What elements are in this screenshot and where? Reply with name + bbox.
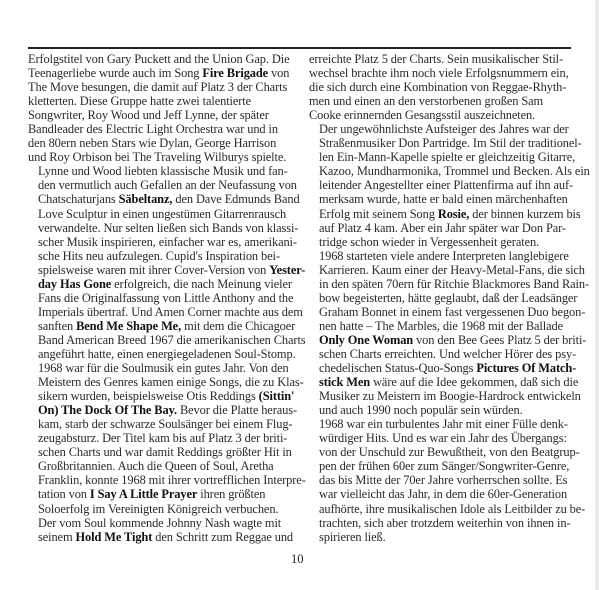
text-run: Karrieren. Kaum einer der Heavy-Metal-Fa… [319, 263, 585, 277]
text-run: sikern wurden, beispielsweise Otis Reddi… [38, 389, 259, 403]
text-line: trachten, sich aber trotzdem weiterhin v… [309, 516, 571, 530]
text-run: würdiger Hits. Und es war ein Jahr des Ü… [319, 431, 567, 445]
text-line: Graham Bonnet in einem fast vergessenen … [309, 305, 571, 319]
text-run: 1968 war ein turbulentes Jahr mit einer … [319, 417, 568, 431]
text-run: aufhörte, ihre musikalischen Idole als L… [319, 502, 585, 516]
text-run: 1968 war für die Soulmusik ein gutes Jah… [38, 361, 289, 375]
text-run: den Schritt zum Reggae und [152, 530, 293, 544]
text-run: Lynne und Wood liebten klassische Musik … [38, 164, 288, 178]
song-title: I Say A Little Prayer [90, 487, 197, 501]
text-run: seinem [38, 530, 76, 544]
text-line: tation von I Say A Little Prayer ihren g… [28, 487, 290, 501]
text-line: Love Sculptur in einen ungestümen Gitarr… [28, 207, 290, 221]
paragraph: erreichte Platz 5 der Charts. Sein musik… [309, 52, 571, 122]
text-line: leitender Angestellter einer Plattenfirm… [309, 178, 571, 192]
text-line: Musiker zu Meistern im Boogie-Hardrock e… [309, 389, 571, 403]
text-run: spielsweise waren mit ihrer Cover-Versio… [38, 263, 269, 277]
text-run: Großbritannien. Auch die Queen of Soul, … [38, 459, 274, 473]
song-title: Pictures Of Match- [476, 361, 576, 375]
text-line: Der vom Soul kommende Johnny Nash wagte … [28, 516, 290, 530]
text-run: wäre auf die Idee gekommen, daß sich die [370, 375, 578, 389]
text-run: men und einen an den verstorbenen großen… [309, 94, 543, 108]
text-run: Erfolgstitel von Gary Puckett and the Un… [28, 52, 289, 66]
text-line: Karrieren. Kaum einer der Heavy-Metal-Fa… [309, 263, 571, 277]
text-line: 1968 war für die Soulmusik ein gutes Jah… [28, 361, 290, 375]
paragraph: 1968 war für die Soulmusik ein gutes Jah… [28, 361, 290, 516]
text-run: Kazoo, Mundharmonika, Trommel und Becken… [319, 164, 590, 178]
text-run: bow begeisterten, hätte geglaubt, daß de… [319, 291, 577, 305]
text-run: Musiker zu Meistern im Boogie-Hardrock e… [319, 389, 581, 403]
text-run: und auch 1990 noch populär sein würden. [319, 403, 523, 417]
text-run: Soloerfolg im Vereinigten Königreich ver… [38, 502, 278, 516]
text-run: Der vom Soul kommende Johnny Nash wagte … [38, 516, 281, 530]
text-line: Bandleader des Electric Light Orchestra … [28, 122, 290, 136]
song-title: stick Men [319, 375, 370, 389]
text-run: Der ungewöhnlichste Aufsteiger des Jahre… [319, 122, 569, 136]
paragraph: Erfolgstitel von Gary Puckett and the Un… [28, 52, 290, 164]
text-line: und Roy Orbison bei The Traveling Wilbur… [28, 150, 290, 164]
text-line: Songwriter, Roy Wood und Jeff Lynne, der… [28, 108, 290, 122]
text-run: ihren größten [197, 487, 265, 501]
text-run: chedelischen Status-Quo-Songs [319, 361, 476, 375]
song-title: Rosie, [438, 207, 469, 221]
text-run: pen der frühen 60er zum Sänger/Songwrite… [319, 459, 569, 473]
text-line: die sich durch eine Kombination von Regg… [309, 80, 571, 94]
text-line: nen hatte – The Marbles, die 1968 mit de… [309, 319, 571, 333]
text-run: von [268, 66, 289, 80]
text-run: Erfolg mit seinem Song [319, 207, 438, 221]
song-title: On) The Dock Of The Bay. [38, 403, 177, 417]
text-run: leitender Angestellter einer Plattenfirm… [319, 178, 573, 192]
song-title: Yester- [269, 263, 305, 277]
text-run: und Roy Orbison bei The Traveling Wilbur… [28, 150, 286, 164]
text-run: tridge schon wieder in Vergessenheit ger… [319, 235, 539, 249]
left-column: Erfolgstitel von Gary Puckett and the Un… [28, 52, 290, 544]
text-run: erfolgreich, die nach Meinung vieler [111, 277, 292, 291]
text-run: Band American Breed 1967 die amerikanisc… [38, 333, 306, 347]
text-run: Meistern des Genres kamen einige Songs, … [38, 375, 304, 389]
text-line: Only One Woman von den Bee Gees Platz 5 … [309, 333, 571, 347]
text-run: Songwriter, Roy Wood und Jeff Lynne, der… [28, 108, 269, 122]
text-run: zeugabsturz. Der Titel kam bis auf Platz… [38, 431, 287, 445]
text-run: tation von [38, 487, 90, 501]
text-line: das bis Mitte der 70er Jahre vorherrsche… [309, 473, 571, 487]
text-line: Meistern des Genres kamen einige Songs, … [28, 375, 290, 389]
text-run: scher Musik inspirieren, einfacher war e… [38, 235, 297, 249]
text-run: kam, starb der schwarze Soulsänger bei e… [38, 417, 292, 431]
text-line: wechsel brachte ihm noch viele Erfolgsnu… [309, 66, 571, 80]
text-run: Fans die Originalfassung von Little Anth… [38, 291, 293, 305]
text-line: Imperials übertraf. Und Amen Corner mach… [28, 305, 290, 319]
text-line: kletterten. Diese Gruppe hatte zwei tale… [28, 94, 290, 108]
text-line: spielsweise waren mit ihrer Cover-Versio… [28, 263, 290, 277]
right-column: erreichte Platz 5 der Charts. Sein musik… [309, 52, 571, 544]
paragraph: Der vom Soul kommende Johnny Nash wagte … [28, 516, 290, 544]
text-line: zeugabsturz. Der Titel kam bis auf Platz… [28, 431, 290, 445]
text-run: sanften [38, 319, 76, 333]
song-title: Säbeltanz, [119, 192, 173, 206]
text-run: erreichte Platz 5 der Charts. Sein musik… [309, 52, 563, 66]
text-line: auf Platz 4 kam. Aber ein Jahr später wa… [309, 221, 571, 235]
text-run: kletterten. Diese Gruppe hatte zwei tale… [28, 94, 251, 108]
text-line: scher Musik inspirieren, einfacher war e… [28, 235, 290, 249]
text-run: war vielleicht das Jahr, in dem die 60er… [319, 487, 567, 501]
paragraph: Lynne und Wood liebten klassische Musik … [28, 164, 290, 361]
text-run: Chatschaturjans [38, 192, 119, 206]
text-run: Teenagerliebe wurde auch im Song [28, 66, 202, 80]
text-line: kam, starb der schwarze Soulsänger bei e… [28, 417, 290, 431]
text-run: von den Bee Gees Platz 5 der briti- [413, 333, 586, 347]
text-line: angeführt hatte, einen energiegeladenen … [28, 347, 290, 361]
text-run: angeführt hatte, einen energiegeladenen … [38, 347, 296, 361]
text-line: 1968 war ein turbulentes Jahr mit einer … [309, 417, 571, 431]
text-line: aufhörte, ihre musikalischen Idole als L… [309, 502, 571, 516]
paragraph: Der ungewöhnlichste Aufsteiger des Jahre… [309, 122, 571, 248]
paragraph: 1968 war ein turbulentes Jahr mit einer … [309, 417, 571, 543]
text-line: pen der frühen 60er zum Sänger/Songwrite… [309, 459, 571, 473]
text-line: sche Hits neu aufzulegen. Cupid's Inspir… [28, 249, 290, 263]
text-run: Graham Bonnet in einem fast vergessenen … [319, 305, 585, 319]
text-line: seinem Hold Me Tight den Schritt zum Reg… [28, 530, 290, 544]
song-title: (Sittin' [259, 389, 295, 403]
text-line: den 80ern neben Stars wie Dylan, George … [28, 136, 290, 150]
text-run: in den späten 70ern für Ritchie Blackmor… [319, 277, 589, 291]
text-run: den vermutlich auch Gefallen an der Neuf… [38, 178, 297, 192]
text-line: spirieren ließ. [309, 530, 571, 544]
page-edge [595, 0, 599, 590]
text-line: tridge schon wieder in Vergessenheit ger… [309, 235, 571, 249]
text-line: und auch 1990 noch populär sein würden. [309, 403, 571, 417]
text-line: Fans die Originalfassung von Little Anth… [28, 291, 290, 305]
text-line: day Has Gone erfolgreich, die nach Meinu… [28, 277, 290, 291]
text-line: würdiger Hits. Und es war ein Jahr des Ü… [309, 431, 571, 445]
text-run: Bevor die Platte heraus- [177, 403, 297, 417]
text-run: len Ein-Mann-Kapelle spielte er gleichze… [319, 150, 575, 164]
song-title: Hold Me Tight [76, 530, 153, 544]
paragraph: 1968 starteten viele andere Interpreten … [309, 249, 571, 418]
text-run: das bis Mitte der 70er Jahre vorherrsche… [319, 473, 567, 487]
song-title: Fire Brigade [202, 66, 268, 80]
text-run: verwandelte. Nur selten ließen sich Band… [38, 221, 298, 235]
text-run: Cooke erinnernden Gesangsstil auszeichne… [309, 108, 535, 122]
text-line: Franklin, konnte 1968 mit ihrer vortreff… [28, 473, 290, 487]
page-number: 10 [291, 552, 304, 567]
text-run: Bandleader des Electric Light Orchestra … [28, 122, 278, 136]
text-line: men und einen an den verstorbenen großen… [309, 94, 571, 108]
text-line: von der Unschuld zur Bewußtheit, von den… [309, 445, 571, 459]
text-run: sche Hits neu aufzulegen. Cupid's Inspir… [38, 249, 280, 263]
text-run: von der Unschuld zur Bewußtheit, von den… [319, 445, 580, 459]
text-run: die sich durch eine Kombination von Regg… [309, 80, 566, 94]
header-rule [28, 47, 571, 49]
text-line: Cooke erinnernden Gesangsstil auszeichne… [309, 108, 571, 122]
text-line: 1968 starteten viele andere Interpreten … [309, 249, 571, 263]
text-line: Straßenmusiker Don Partridge. Im Stil de… [309, 136, 571, 150]
text-line: Band American Breed 1967 die amerikanisc… [28, 333, 290, 347]
text-run: wechsel brachte ihm noch viele Erfolgsnu… [309, 66, 569, 80]
text-line: Großbritannien. Auch die Queen of Soul, … [28, 459, 290, 473]
text-run: Straßenmusiker Don Partridge. Im Stil de… [319, 136, 582, 150]
text-line: On) The Dock Of The Bay. Bevor die Platt… [28, 403, 290, 417]
text-line: chedelischen Status-Quo-Songs Pictures O… [309, 361, 571, 375]
text-run: merksam wurde, hatte er bald einen märch… [319, 192, 568, 206]
text-run: trachten, sich aber trotzdem weiterhin v… [319, 516, 570, 530]
text-run: mit dem die Chicagoer [181, 319, 295, 333]
text-run: der binnen kurzem bis [469, 207, 580, 221]
song-title: day Has Gone [38, 277, 111, 291]
song-title: Only One Woman [319, 333, 413, 347]
text-run: schen Charts erreichten. Und welcher Hör… [319, 347, 576, 361]
text-run: Franklin, konnte 1968 mit ihrer vortreff… [38, 473, 306, 487]
song-title: Bend Me Shape Me, [76, 319, 181, 333]
text-line: stick Men wäre auf die Idee gekommen, da… [309, 375, 571, 389]
text-line: sanften Bend Me Shape Me, mit dem die Ch… [28, 319, 290, 333]
text-line: war vielleicht das Jahr, in dem die 60er… [309, 487, 571, 501]
text-run: Imperials übertraf. Und Amen Corner mach… [38, 305, 303, 319]
text-line: Der ungewöhnlichste Aufsteiger des Jahre… [309, 122, 571, 136]
text-line: erreichte Platz 5 der Charts. Sein musik… [309, 52, 571, 66]
text-line: bow begeisterten, hätte geglaubt, daß de… [309, 291, 571, 305]
text-line: len Ein-Mann-Kapelle spielte er gleichze… [309, 150, 571, 164]
text-line: verwandelte. Nur selten ließen sich Band… [28, 221, 290, 235]
text-line: Teenagerliebe wurde auch im Song Fire Br… [28, 66, 290, 80]
text-run: den 80ern neben Stars wie Dylan, George … [28, 136, 276, 150]
text-line: Soloerfolg im Vereinigten Königreich ver… [28, 502, 290, 516]
text-run: nen hatte – The Marbles, die 1968 mit de… [319, 319, 563, 333]
text-run: den Dave Edmunds Band [172, 192, 299, 206]
text-line: sikern wurden, beispielsweise Otis Reddi… [28, 389, 290, 403]
text-line: in den späten 70ern für Ritchie Blackmor… [309, 277, 571, 291]
text-line: Kazoo, Mundharmonika, Trommel und Becken… [309, 164, 571, 178]
text-line: Erfolgstitel von Gary Puckett and the Un… [28, 52, 290, 66]
text-run: schen Charts und war damit Reddings größ… [38, 445, 292, 459]
text-line: The Move besungen, die damit auf Platz 3… [28, 80, 290, 94]
text-line: Lynne und Wood liebten klassische Musik … [28, 164, 290, 178]
text-run: 1968 starteten viele andere Interpreten … [319, 249, 569, 263]
text-line: den vermutlich auch Gefallen an der Neuf… [28, 178, 290, 192]
text-run: auf Platz 4 kam. Aber ein Jahr später wa… [319, 221, 566, 235]
text-run: Love Sculptur in einen ungestümen Gitarr… [38, 207, 286, 221]
text-run: The Move besungen, die damit auf Platz 3… [28, 80, 287, 94]
text-line: schen Charts erreichten. Und welcher Hör… [309, 347, 571, 361]
text-line: Chatschaturjans Säbeltanz, den Dave Edmu… [28, 192, 290, 206]
text-line: merksam wurde, hatte er bald einen märch… [309, 192, 571, 206]
text-line: Erfolg mit seinem Song Rosie, der binnen… [309, 207, 571, 221]
text-line: schen Charts und war damit Reddings größ… [28, 445, 290, 459]
text-run: spirieren ließ. [319, 530, 386, 544]
